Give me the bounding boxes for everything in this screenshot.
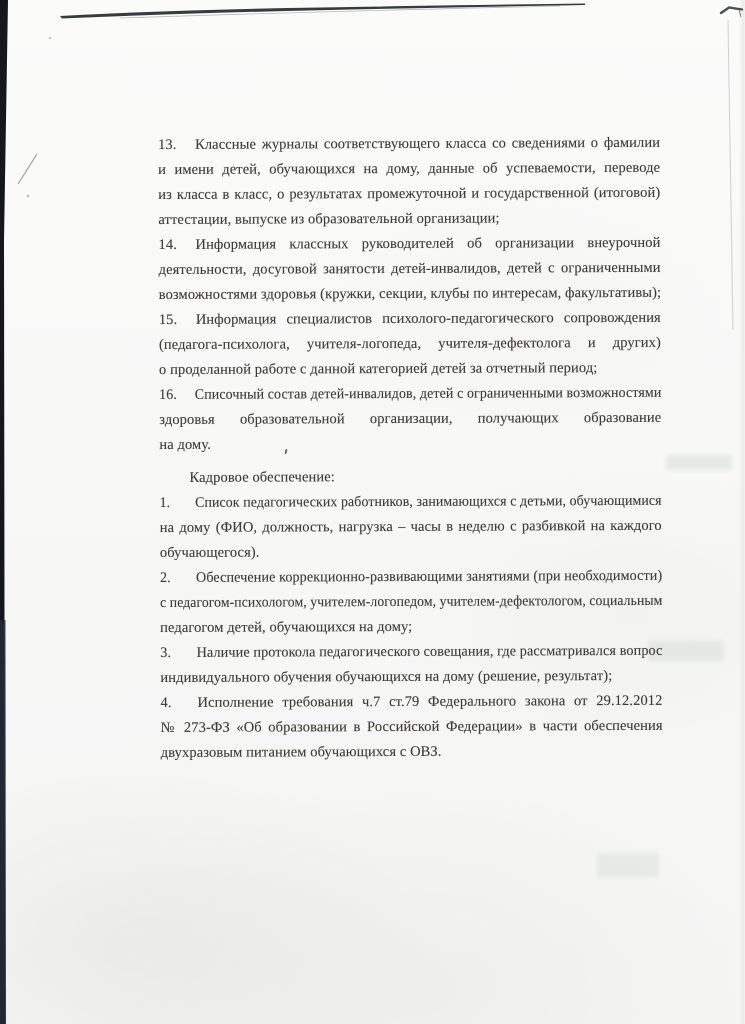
item-number: 13. xyxy=(158,133,195,158)
text-line: педагогом детей, обучающихся на дому; xyxy=(160,614,662,641)
ink-bleed-smudge xyxy=(666,455,732,470)
item-number: 4. xyxy=(160,691,197,716)
text-line: двухразовым питанием обучающихся с ОВЗ. xyxy=(161,739,663,766)
text-line: индивидуального обучения обучающихся на … xyxy=(160,664,662,691)
text-line: здоровья образовательной организации, по… xyxy=(159,406,661,433)
document-text-column: 13.Классные журналы соответствующего кла… xyxy=(158,131,663,766)
text-line: аттестации, выпуске из образовательной о… xyxy=(158,206,660,233)
text-line: 1.Список педагогических работников, зани… xyxy=(160,489,641,516)
item-text: Списочный состав детей-инвалидов, детей … xyxy=(195,385,662,403)
text-line: с педагогом-психологом, учителем-логопед… xyxy=(160,589,635,616)
text-line: на дому. xyxy=(159,431,661,458)
text-line: обучающегося). xyxy=(160,539,662,566)
text-line: 14.Информация классных руководителей об … xyxy=(158,231,660,258)
text-line: и имени детей, обучающихся на дому, данн… xyxy=(158,156,660,183)
list-item: 3.Наличие протокола педагогического сове… xyxy=(160,639,662,691)
item-number: 3. xyxy=(160,641,196,666)
item-number: 2. xyxy=(160,566,196,591)
list-item: 15.Информация специалистов психолого-пед… xyxy=(159,306,661,383)
item-text: Информация классных руководителей об орг… xyxy=(195,235,660,253)
item-text: Обеспечение коррекционно-развивающими за… xyxy=(196,568,662,586)
item-number: 16. xyxy=(159,383,195,408)
text-line: возможностями здоровья (кружки, секции, … xyxy=(159,281,661,308)
text-line: (педагога-психолога, учителя-логопеда, у… xyxy=(159,331,661,358)
list-item: 14.Информация классных руководителей об … xyxy=(158,231,660,308)
text-line: № 273-ФЗ «Об образовании в Российской Фе… xyxy=(161,714,663,741)
item-number: 1. xyxy=(160,491,196,516)
text-line: 15.Информация специалистов психолого-пед… xyxy=(159,306,661,333)
ink-bleed-smudge xyxy=(597,853,659,877)
item-number: 14. xyxy=(158,233,195,258)
item-text: Исполнение требования ч.7 ст.79 Федераль… xyxy=(197,693,662,711)
list-item: 16.Списочный состав детей-инвалидов, дет… xyxy=(159,381,661,458)
item-number: 15. xyxy=(159,308,196,333)
item-text: Классные журналы соответствующего класса… xyxy=(195,135,660,153)
text-line: 16.Списочный состав детей-инвалидов, дет… xyxy=(159,381,643,408)
text-line: на дому (ФИО, должность, нагрузка – часы… xyxy=(160,514,662,541)
list-item: 2.Обеспечение коррекционно-развивающими … xyxy=(160,564,662,641)
item-text: Список педагогических работников, занима… xyxy=(195,493,662,511)
item-text: Информация специалистов психолого-педаго… xyxy=(196,310,661,328)
paper-right-edge xyxy=(739,0,745,1024)
item-text: Наличие протокола педагогического совеща… xyxy=(197,643,663,661)
list-item: 1.Список педагогических работников, зани… xyxy=(160,489,662,566)
heading-line: Кадровое обеспечение: xyxy=(159,464,661,491)
section-heading-staffing: Кадровое обеспечение: xyxy=(159,464,661,491)
text-line: 2.Обеспечение коррекционно-развивающими … xyxy=(160,564,649,591)
list-item: 13.Классные журналы соответствующего кла… xyxy=(158,131,660,233)
list-item: 4.Исполнение требования ч.7 ст.79 Федера… xyxy=(160,689,662,766)
text-line: из класса в класс, о результатах промежу… xyxy=(158,181,660,208)
text-line: 13.Классные журналы соответствующего кла… xyxy=(158,131,660,158)
text-line: деятельности, досуговой занятости детей-… xyxy=(159,256,661,283)
text-line: 4.Исполнение требования ч.7 ст.79 Федера… xyxy=(160,689,662,716)
text-line: о проделанной работе с данной категорией… xyxy=(159,356,661,383)
text-line: 3.Наличие протокола педагогического сове… xyxy=(160,639,652,666)
